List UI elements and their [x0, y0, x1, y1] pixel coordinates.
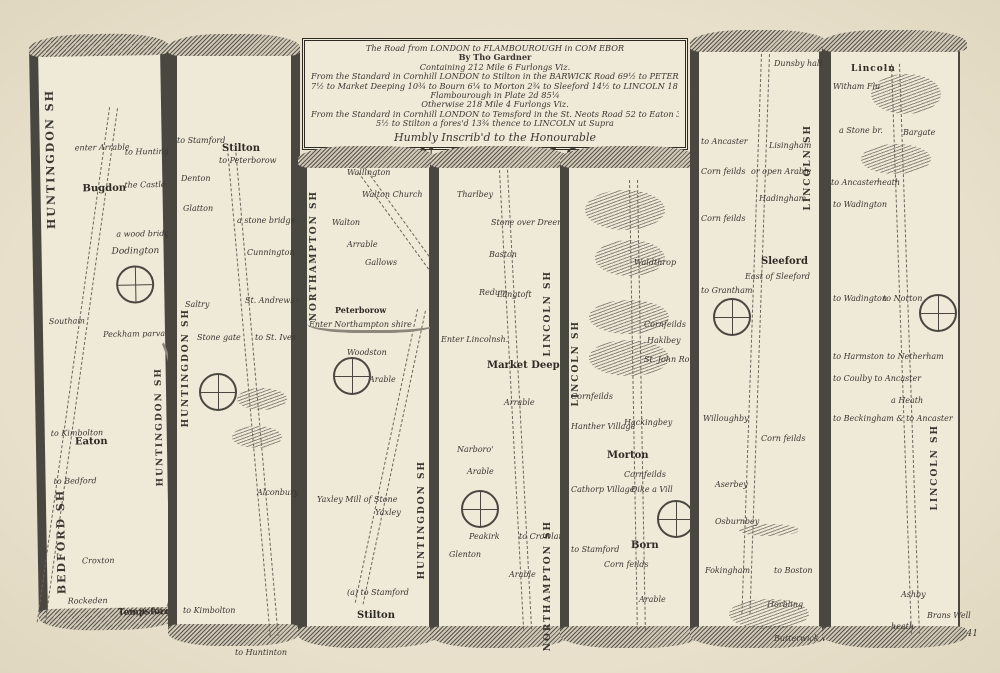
map-label: Arable: [509, 570, 536, 579]
town-label: Sleeford: [761, 256, 808, 267]
scroll-curl-top: [560, 146, 700, 168]
road-strip-3: NORTHAMPTON SH HUNTINGDON SH Peterborow …: [298, 160, 438, 636]
distance-line: Containing 212 Mile 6 Furlongs Viz.: [311, 63, 679, 72]
map-label: Aserbey: [715, 480, 748, 489]
map-label: Corn feilds: [701, 214, 746, 223]
county-label: HUNTINGDON SH: [43, 89, 58, 229]
road-strip-6: LINCOLN SH Sleeford Dunsby hall to Ancas…: [690, 44, 828, 636]
scroll-curl-bottom: [168, 624, 300, 646]
town-label: Stilton: [357, 610, 395, 621]
map-label: to Grantham: [701, 286, 752, 295]
compass-rose-icon: [461, 490, 499, 528]
map-label: East of Sleeford: [745, 272, 810, 281]
map-label: Baston: [489, 250, 517, 259]
map-label: heath: [891, 622, 914, 631]
distance-line: Otherwise 218 Mile 4 Furlongs Viz.: [311, 100, 679, 109]
scroll-curl-top: [430, 146, 570, 168]
map-label: Cunnington: [247, 248, 295, 257]
map-label: a wood bridge: [116, 229, 174, 239]
route-line: 7½ to Market Deeping 10¾ to Bourn 6¼ to …: [311, 82, 679, 91]
map-label: Witham Flu: [833, 82, 880, 91]
author-line: By Tho Gardner: [311, 53, 679, 62]
map-label: Walton: [332, 218, 360, 227]
county-label: NORTHAMPTON SH: [309, 190, 319, 321]
town-label: Bugdon: [82, 183, 126, 195]
map-label: Hadingham: [759, 194, 806, 203]
river-nene: [307, 310, 437, 333]
map-label: Alconbury: [257, 488, 298, 497]
woodland-hill: [585, 190, 665, 230]
map-sheet: The Road from LONDON to FLAMBOUROUGH in …: [0, 0, 1000, 673]
road-strip-1: HUNTINGDON SH BEDFORD SH HUNTINGDON SH B…: [29, 47, 179, 619]
map-label: Arable: [369, 375, 396, 384]
scroll-curl-top: [168, 34, 300, 56]
county-label: HUNTINGDON SH: [417, 460, 427, 579]
road-strip-2: HUNTINGDON SH Stilton to Stamford to Pet…: [168, 48, 300, 634]
map-label: Haklbey: [647, 336, 681, 345]
map-label: Glenton: [449, 550, 481, 559]
map-label: Lisingham: [769, 141, 811, 150]
map-label: Cathorp Village: [571, 485, 635, 494]
map-label: Langtoft: [497, 290, 532, 299]
town-label: Lincoln: [851, 64, 896, 74]
town-label: Eaton: [75, 436, 108, 448]
map-label: Stone over Dreen: [491, 218, 562, 227]
map-label: to Kimbolton: [183, 606, 235, 615]
route-line: From the Standard in Cornhill LONDON to …: [311, 110, 679, 119]
map-label: Enter Lincolnsh.: [441, 335, 508, 344]
map-label: the Castle: [124, 180, 165, 190]
title-line: The Road from LONDON to FLAMBOUROUGH in …: [311, 44, 679, 53]
map-label: Waldthrop: [634, 258, 676, 267]
map-label: heath: [877, 178, 900, 187]
map-label: to St. Ives: [255, 333, 296, 342]
map-label: Stone gate: [197, 333, 241, 342]
map-label: Yaxley Mill of Stone: [317, 495, 397, 504]
scroll-curl-top: [690, 30, 828, 52]
map-label: to Boston: [774, 566, 813, 575]
woodland-hill: [729, 599, 809, 629]
compass-rose-icon: [919, 294, 957, 332]
map-label: a Heath: [891, 396, 923, 405]
map-label: Denton: [181, 174, 210, 183]
map-label: Cornfeilds: [571, 392, 613, 401]
map-label: Brans Well: [927, 611, 971, 620]
county-label: LINCOLN SH: [930, 424, 940, 510]
town-label: Born: [631, 540, 659, 551]
map-label: Arrable: [504, 398, 535, 407]
map-label: Cornfeilds: [644, 320, 686, 329]
map-label: Hackingbey: [624, 418, 672, 427]
map-label: to Netherham: [887, 352, 944, 361]
map-label: (a) to Stamford: [347, 588, 409, 597]
map-label: Corn feilds: [604, 560, 649, 569]
map-label: to Ancaster: [831, 178, 878, 187]
map-label: Gallows: [365, 258, 397, 267]
map-label: Narboro': [457, 445, 493, 454]
map-label: Tharlbey: [457, 190, 493, 199]
scroll-curl-bottom: [560, 626, 700, 648]
town-label: Stilton: [222, 143, 260, 154]
county-label: HUNTINGDON SH: [181, 308, 191, 427]
map-label: Ashby: [901, 590, 926, 599]
route-line: Flambourough in Plate 2d 85¼: [311, 91, 679, 100]
map-label: Cornfeilds: [624, 470, 666, 479]
map-label: Peakirk: [469, 532, 500, 541]
map-label: Wallington: [347, 168, 390, 177]
map-label: Walton Church: [362, 190, 422, 199]
woodland-hill: [739, 524, 799, 536]
map-label: Bargate: [903, 128, 935, 137]
map-label: to Stamford: [177, 136, 225, 145]
map-label: Southam: [49, 316, 85, 326]
map-label: Woodston: [347, 348, 387, 357]
map-label: to Peterborow: [219, 156, 277, 165]
route-line: From the Standard in Cornhill LONDON to …: [311, 72, 679, 81]
map-label: Corn feilds: [761, 434, 806, 443]
map-label: Dike a Vill: [631, 485, 673, 494]
map-label: to Kimbolton: [51, 428, 104, 438]
map-label: to Beckingham & to Ancaster: [833, 414, 953, 423]
compass-rose-icon: [116, 265, 155, 304]
map-label: Arable: [467, 467, 494, 476]
map-label: to Ancaster: [701, 137, 748, 146]
map-label: to Harmston: [833, 352, 884, 361]
scroll-curl-top: [29, 33, 169, 57]
map-label: Dunsby hall: [774, 59, 822, 68]
route-line: 5½ to Stilton a fores'd 13¾ thence to LI…: [311, 119, 679, 128]
town-label: Morton: [607, 450, 649, 461]
scroll-curl-bottom: [298, 626, 438, 648]
map-label: Saltry: [185, 300, 209, 309]
compass-rose-icon: [199, 373, 237, 411]
map-label: Yaxley: [375, 508, 401, 517]
map-label: enter Arrable: [75, 143, 130, 153]
map-label: to Stamford: [571, 545, 619, 554]
compass-rose-icon: [333, 357, 371, 395]
map-label: or open Arable: [751, 167, 811, 176]
map-label: Corn feilds: [701, 167, 746, 176]
woodland-hill: [861, 144, 931, 174]
map-label: to Coulby to Ancaster: [833, 374, 921, 383]
map-label: Arable: [639, 595, 666, 604]
scroll-curl-top: [298, 146, 438, 168]
map-label: to Wadington: [833, 294, 887, 303]
map-label: to Wadington: [833, 200, 887, 209]
map-label: Arrable: [347, 240, 378, 249]
county-label: LINCOLN SH: [543, 270, 553, 356]
map-label: Fokingham: [705, 566, 750, 575]
dedication: Humbly Inscrib'd to the Honourable: [311, 131, 679, 144]
scroll-curl-top: [822, 30, 967, 52]
woodland-hill: [237, 388, 287, 410]
woodland-hill: [871, 74, 941, 114]
compass-rose-icon: [713, 298, 751, 336]
map-label: to Norton: [883, 294, 922, 303]
road-strip-4: LINCOLN SH NORTHAMPTON SH Market Deeping…: [430, 160, 570, 636]
map-label: to Bedford: [54, 476, 97, 486]
map-label: Rockeden: [68, 596, 108, 606]
map-label: Glatton: [183, 204, 213, 213]
map-label: to Huntinton: [235, 648, 287, 657]
map-label: Dodington: [112, 247, 160, 257]
road-strip-5: LINCOLN SH Morton Born Waldthrop Cornfei…: [560, 160, 700, 636]
map-label: a Stone br.: [839, 126, 883, 135]
page-number: 41: [967, 629, 978, 639]
map-label: Willoughby: [703, 414, 749, 423]
title-cartouche: The Road from LONDON to FLAMBOUROUGH in …: [302, 38, 688, 150]
road-strip-7: LINCOLN SH Lincoln Witham Flu a Stone br…: [822, 44, 960, 636]
woodland-hill: [232, 426, 282, 448]
